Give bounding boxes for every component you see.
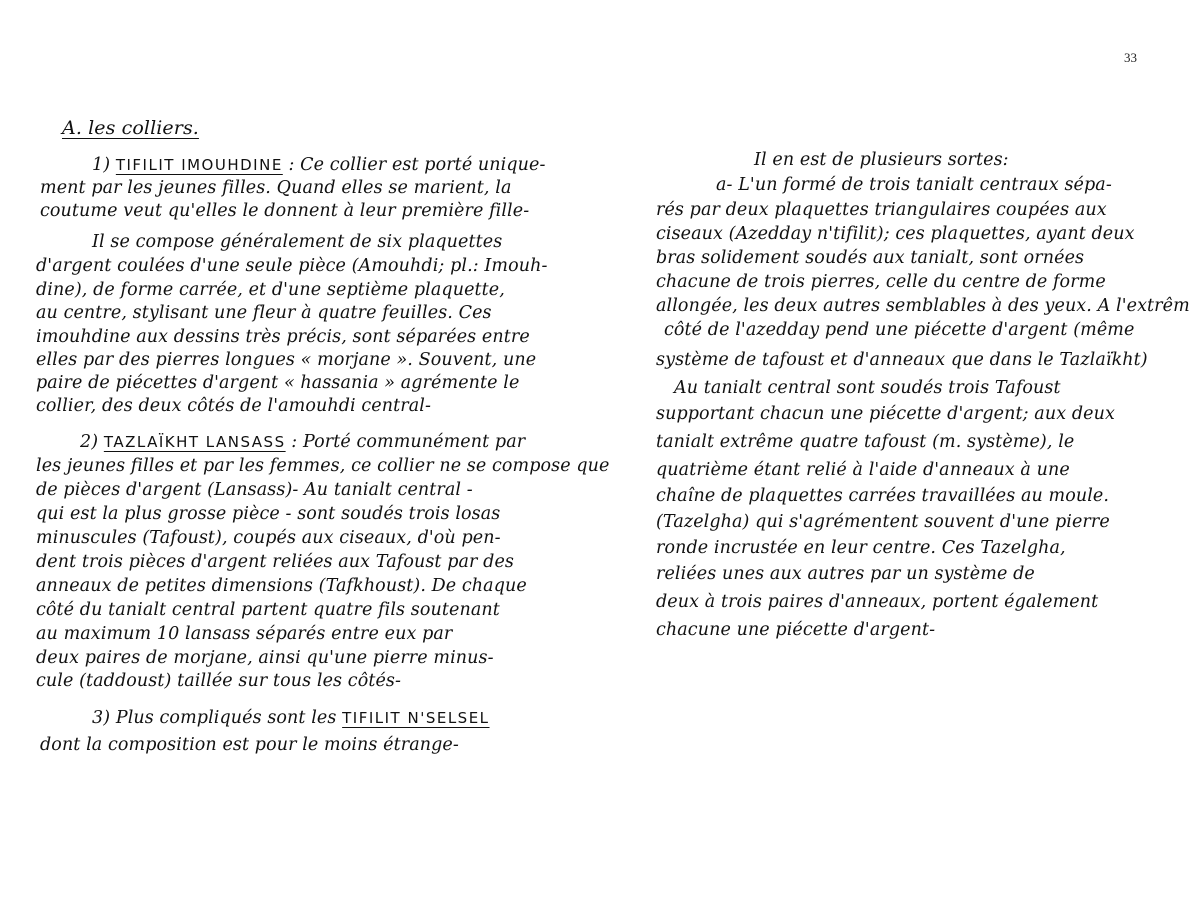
item2-line-6: anneaux de petites dimensions (Tafkhoust… <box>36 576 527 596</box>
item2-heading-line: 2) TAZLAÏKHT LANSASS : Porté communément… <box>80 432 525 452</box>
right-line-16: deux à trois paires d'anneaux, portent é… <box>656 592 1098 612</box>
document-spread: A. les colliers. 1) TIFILIT IMOUHDINE : … <box>0 0 1189 904</box>
item2-line-10: cule (taddoust) taillée sur tous les côt… <box>36 671 401 691</box>
right-line-8: Au tanialt central sont soudés trois Taf… <box>674 378 1061 398</box>
item1-para2-line-6: paire de piécettes d'argent « hassania »… <box>36 373 519 393</box>
item3-continuation: dont la composition est pour le moins ét… <box>40 735 459 755</box>
right-line-13: (Tazelgha) qui s'agrémentent souvent d'u… <box>656 512 1110 532</box>
item1-para2-line-0: Il se compose généralement de six plaque… <box>92 232 502 252</box>
item2-title: TAZLAÏKHT LANSASS <box>104 433 286 451</box>
right-line-4: chacune de trois pierres, celle du centr… <box>656 272 1106 292</box>
item2-line-7: côté du tanialt central partent quatre f… <box>36 600 500 620</box>
right-line-1: rés par deux plaquettes triangulaires co… <box>656 200 1107 220</box>
item1-para2-line-3: au centre, stylisant une fleur à quatre … <box>36 303 492 323</box>
section-heading: A. les colliers. <box>62 117 199 139</box>
item2-line-2: de pièces d'argent (Lansass)- Au tanialt… <box>36 480 473 500</box>
item1-para2-line-5: elles par des pierres longues « morjane … <box>36 350 536 370</box>
item1-line-2: coutume veut qu'elles le donnent à leur … <box>40 201 529 221</box>
item1-title: TIFILIT IMOUHDINE <box>116 156 283 174</box>
right-line-12: chaîne de plaquettes carrées travaillées… <box>656 486 1109 506</box>
item3-lead: Plus compliqués sont les <box>116 708 337 728</box>
item2-number: 2) <box>80 432 98 452</box>
right-line-15: reliées unes aux autres par un système d… <box>656 564 1035 584</box>
page-number: 33 <box>1124 50 1137 66</box>
item1-para2-line-7: collier, des deux côtés de l'amouhdi cen… <box>36 396 431 416</box>
right-line-3: bras solidement soudés aux tanialt, sont… <box>656 248 1084 268</box>
item1-line-0: : Ce collier est porté unique- <box>288 155 545 175</box>
item2-line-5: dent trois pièces d'argent reliées aux T… <box>36 552 514 572</box>
item3-number: 3) <box>92 708 110 728</box>
item1-para2-line-2: dine), de forme carrée, et d'une septièm… <box>36 280 505 300</box>
item1-para2-line-4: imouhdine aux dessins très précis, sont … <box>36 327 530 347</box>
item2-line-4: minuscules (Tafoust), coupés aux ciseaux… <box>36 528 501 548</box>
right-line-17: chacune une piécette d'argent- <box>656 620 935 640</box>
right-page: 33 Il en est de plusieurs sortes: a- L'u… <box>594 0 1189 904</box>
right-line-10: tanialt extrême quatre tafoust (m. systè… <box>656 432 1074 452</box>
right-line-11: quatrième étant relié à l'aide d'anneaux… <box>656 460 1070 480</box>
item1-line-1: ment par les jeunes filles. Quand elles … <box>40 178 511 198</box>
item2-line-9: deux paires de morjane, ainsi qu'une pie… <box>36 648 494 668</box>
right-line-7: système de tafoust et d'anneaux que dans… <box>656 350 1148 370</box>
item1-heading-line: 1) TIFILIT IMOUHDINE : Ce collier est po… <box>92 155 546 175</box>
item3-heading-line: 3) Plus compliqués sont les TIFILIT N'SE… <box>92 708 490 728</box>
right-line-0: a- L'un formé de trois tanialt centraux … <box>716 175 1112 195</box>
item2-line-1: les jeunes filles et par les femmes, ce … <box>36 456 610 476</box>
right-line-6: côté de l'azedday pend une piécette d'ar… <box>664 320 1134 340</box>
right-line-14: ronde incrustée en leur centre. Ces Taze… <box>656 538 1066 558</box>
right-line-5: allongée, les deux autres semblables à d… <box>656 296 1189 316</box>
left-page: A. les colliers. 1) TIFILIT IMOUHDINE : … <box>0 0 594 904</box>
item2-line-0: : Porté communément par <box>291 432 525 452</box>
item1-para2-line-1: d'argent coulées d'une seule pièce (Amou… <box>36 256 548 276</box>
right-line-2: ciseaux (Azedday n'tifilit); ces plaquet… <box>656 224 1135 244</box>
right-intro: Il en est de plusieurs sortes: <box>754 150 1009 170</box>
item2-line-3: qui est la plus grosse pièce - sont soud… <box>36 504 500 524</box>
item2-line-8: au maximum 10 lansass séparés entre eux … <box>36 624 452 644</box>
right-line-9: supportant chacun une piécette d'argent;… <box>656 404 1115 424</box>
item3-title: TIFILIT N'SELSEL <box>342 709 489 727</box>
item1-number: 1) <box>92 155 110 175</box>
